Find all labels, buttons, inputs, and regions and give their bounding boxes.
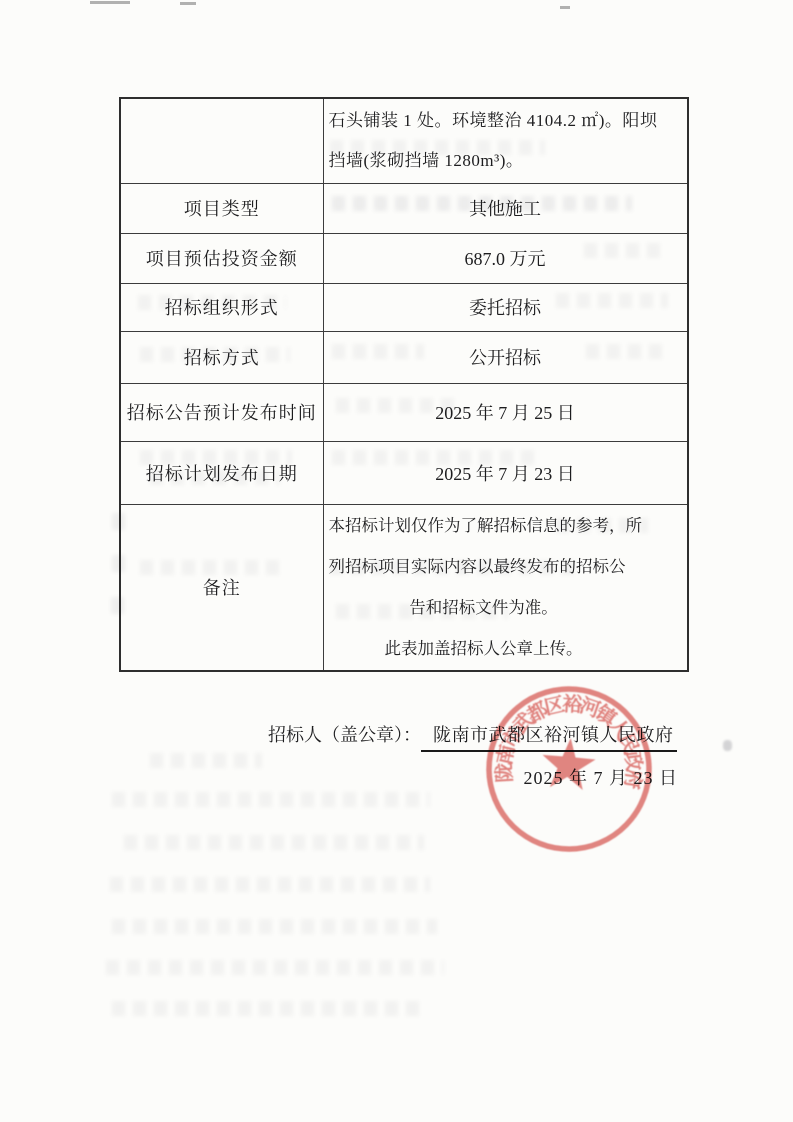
- official-seal: 陇南市武都区裕河镇人民政府: [461, 661, 678, 878]
- row-label-remarks: 备注: [120, 504, 323, 671]
- seal-star-icon: [540, 736, 597, 791]
- tenderer-signature-prefix: 招标人（盖公章）：: [268, 725, 421, 745]
- estimated-investment-value: 687.0 万元: [323, 233, 688, 283]
- remarks-cell: 本招标计划仅作为了解招标信息的参考，所 列招标项目实际内容以最终发布的招标公 告…: [323, 504, 688, 671]
- remarks-line: 列招标项目实际内容以最终发布的招标公: [329, 546, 639, 587]
- remarks-line: 告和招标文件为准。: [329, 587, 639, 628]
- table-row: 石头铺装 1 处。环境整治 4104.2 ㎡)。阳坝 挡墙(浆砌挡墙 1280m…: [120, 98, 688, 183]
- row-label-announcement-date: 招标公告预计发布时间: [120, 383, 323, 441]
- announcement-date-value: 2025 年 7 月 25 日: [323, 383, 688, 441]
- project-description-cell: 石头铺装 1 处。环境整治 4104.2 ㎡)。阳坝 挡墙(浆砌挡墙 1280m…: [323, 98, 688, 183]
- project-description-text: 石头铺装 1 处。环境整治 4104.2 ㎡)。阳坝 挡墙(浆砌挡墙 1280m…: [324, 101, 687, 181]
- scan-speck: [90, 1, 130, 4]
- table-row: 招标公告预计发布时间 2025 年 7 月 25 日: [120, 383, 688, 441]
- bleedthrough-mark: [110, 877, 430, 892]
- table-row: 招标计划发布日期 2025 年 7 月 23 日: [120, 441, 688, 504]
- bidding-method-value: 公开招标: [323, 331, 688, 383]
- row-label-plan-release-date: 招标计划发布日期: [120, 441, 323, 504]
- table-row: 备注 本招标计划仅作为了解招标信息的参考，所 列招标项目实际内容以最终发布的招标…: [120, 504, 688, 671]
- bleedthrough-mark: [723, 740, 732, 751]
- bleedthrough-mark: [124, 835, 424, 850]
- scan-speck: [560, 6, 570, 9]
- table-row: 招标组织形式 委托招标: [120, 283, 688, 331]
- row-label-project-type: 项目类型: [120, 183, 323, 233]
- bleedthrough-mark: [106, 960, 444, 975]
- table-row: 招标方式 公开招标: [120, 331, 688, 383]
- bleedthrough-mark: [112, 919, 437, 934]
- bleedthrough-mark: [150, 753, 262, 768]
- scan-speck: [180, 2, 196, 5]
- bleedthrough-mark: [112, 792, 430, 807]
- row-label-bidding-method: 招标方式: [120, 331, 323, 383]
- organization-form-value: 委托招标: [323, 283, 688, 331]
- bleedthrough-mark: [112, 1001, 427, 1016]
- tender-plan-table: 石头铺装 1 处。环境整治 4104.2 ㎡)。阳坝 挡墙(浆砌挡墙 1280m…: [119, 97, 689, 672]
- row-label-organization-form: 招标组织形式: [120, 283, 323, 331]
- scanned-document-page: 石头铺装 1 处。环境整治 4104.2 ㎡)。阳坝 挡墙(浆砌挡墙 1280m…: [0, 0, 793, 1122]
- plan-release-date-value: 2025 年 7 月 23 日: [323, 441, 688, 504]
- row-label: [120, 98, 323, 183]
- row-label-estimated-investment: 项目预估投资金额: [120, 233, 323, 283]
- table-row: 项目预估投资金额 687.0 万元: [120, 233, 688, 283]
- table-row: 项目类型 其他施工: [120, 183, 688, 233]
- project-type-value: 其他施工: [323, 183, 688, 233]
- remarks-line: 本招标计划仅作为了解招标信息的参考，所: [329, 505, 639, 546]
